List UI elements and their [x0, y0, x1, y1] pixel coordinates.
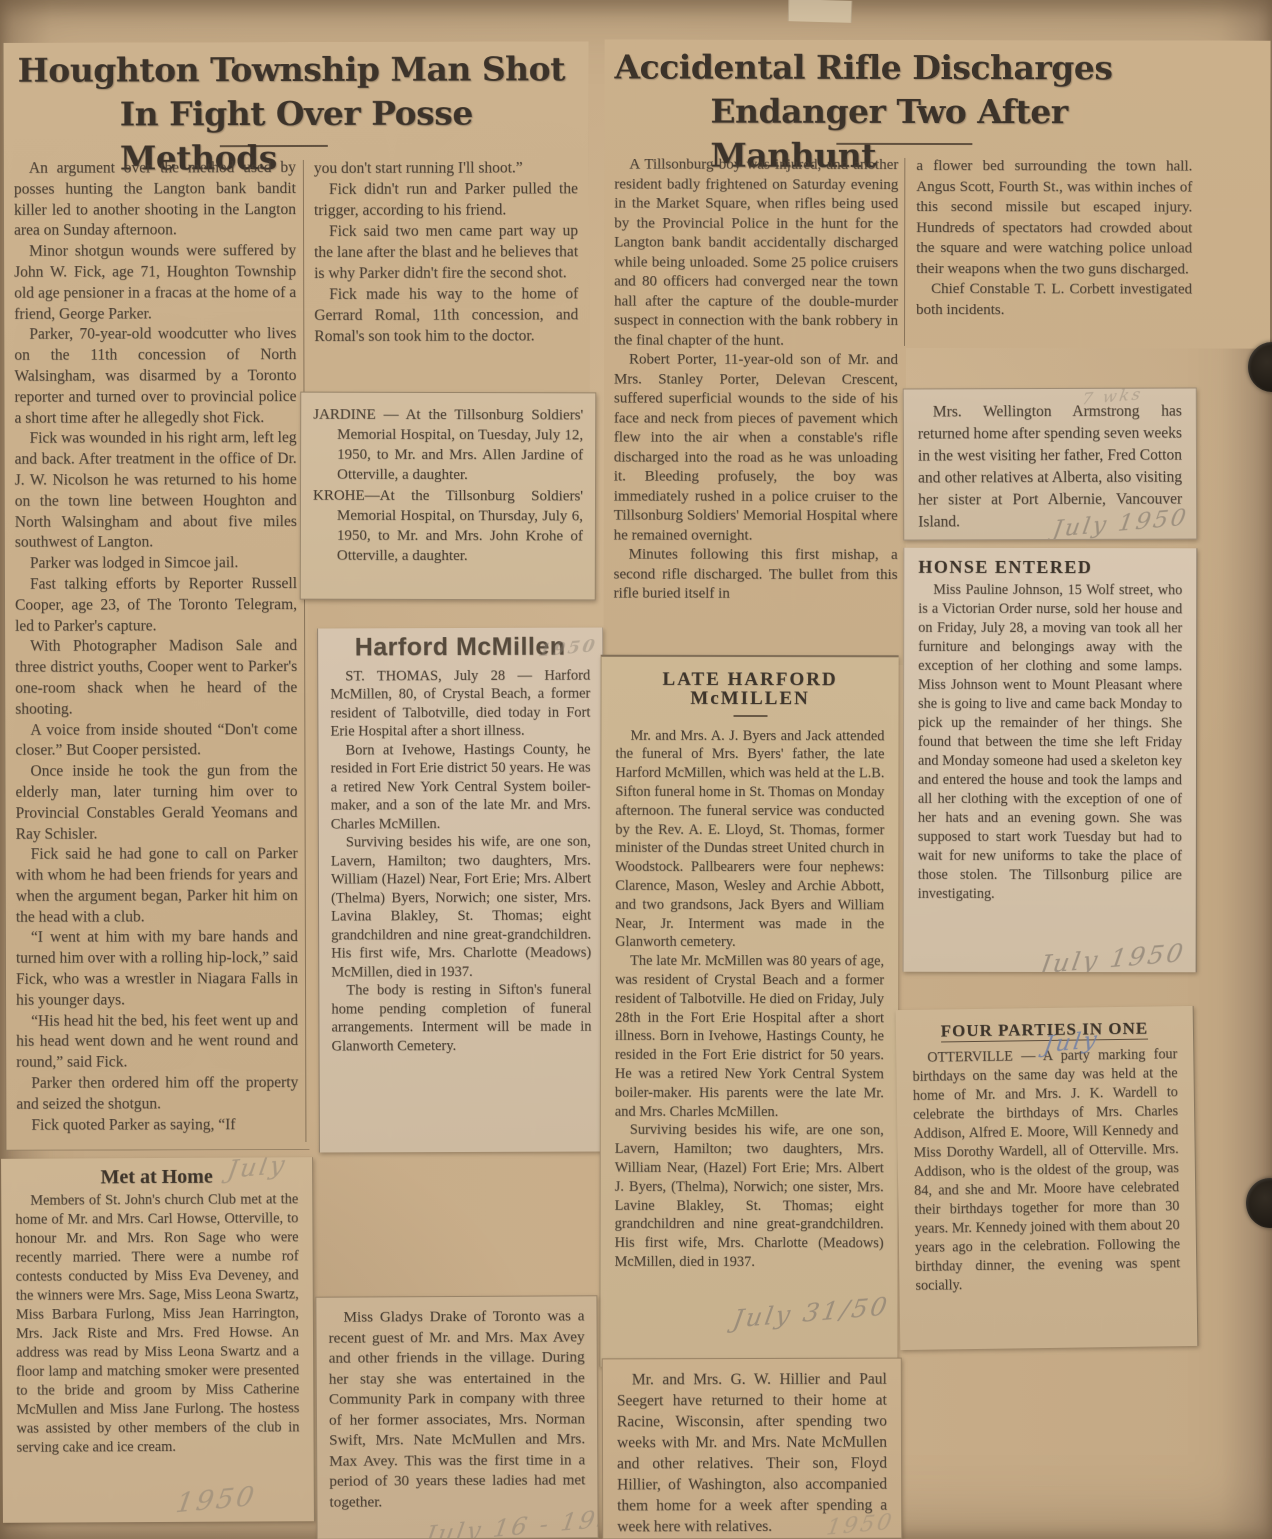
- clipping-birth-notices: JARDINE — At the Tillsonburg Soldiers' M…: [300, 392, 597, 601]
- news-paragraph: Fick quoted Parker as saying, “If: [16, 1115, 298, 1137]
- news-paragraph: “I went at him with my bare hands and tu…: [16, 927, 298, 1011]
- news-paragraph: Mr. and Mrs. G. W. Hillier and Paul Seeg…: [617, 1369, 887, 1538]
- clipping-four-parties-article: FOUR PARTIES IN ONE OTTERVILLE — A party…: [896, 1006, 1199, 1350]
- news-paragraph: An argument over the method used by poss…: [14, 158, 296, 242]
- clipping-met-at-home-article: Met at Home July Members of St. John's c…: [1, 1157, 315, 1523]
- news-paragraph: Parker was lodged in Simcoe jail.: [15, 553, 297, 575]
- clipping-house-entered-article: HONSE ENTERED Miss Pauline Johnson, 15 W…: [903, 548, 1198, 973]
- news-paragraph: Robert Porter, 11-year-old son of Mr. an…: [614, 350, 898, 545]
- news-paragraph: Fast talking efforts by Reporter Russell…: [15, 574, 297, 637]
- news-paragraph: Fick was wounded in his right arm, left …: [15, 428, 297, 554]
- accidental-column-2: a flower bed surrounding the town hall. …: [916, 156, 1192, 320]
- news-paragraph: Once inside he took the gun from the eld…: [15, 761, 297, 845]
- news-paragraph: A voice from inside shouted “Don't come …: [15, 720, 297, 762]
- houghton-column-2: you don't start running I'll shoot.” Fic…: [314, 157, 578, 347]
- headline-rule: [220, 145, 328, 147]
- news-paragraph: Parker, 70-year-old woodcutter who lives…: [14, 324, 296, 429]
- binder-hole-top: [1248, 342, 1272, 392]
- accidental-headline-line1: Accidental Rifle Discharges: [614, 45, 1210, 90]
- headline-dash: [733, 715, 767, 717]
- news-paragraph: Fick made his way to the home of Gerrard…: [314, 283, 578, 347]
- news-paragraph: you don't start running I'll shoot.”: [314, 157, 578, 179]
- handwritten-date: 1950: [825, 1512, 895, 1539]
- clipping-mcmillen-obituary: Harford McMillen 1950 ST. THOMAS, July 2…: [317, 628, 605, 1153]
- news-paragraph: The body is resting in Sifton's funeral …: [331, 981, 591, 1056]
- news-paragraph: Fick didn't run and Parker pulled the tr…: [314, 178, 578, 221]
- news-paragraph: With Photographer Madison Sale and three…: [15, 636, 297, 720]
- news-paragraph: Miss Pauline Johnson, 15 Wolf street, wh…: [918, 581, 1183, 904]
- clipping-hillier-note: Mr. and Mrs. G. W. Hillier and Paul Seeg…: [602, 1358, 902, 1539]
- clipping-gladys-drake-note: Miss Gladys Drake of Toronto was a recen…: [315, 1295, 598, 1539]
- handwritten-date: July: [226, 1157, 288, 1179]
- birth-notice-krohe: KROHE—At the Tillsonburg Soldiers' Memor…: [313, 486, 583, 567]
- tape-strip: [788, 0, 853, 23]
- news-paragraph: Miss Gladys Drake of Toronto was a recen…: [328, 1306, 585, 1512]
- clipping-armstrong-social-note: 7 wks Mrs. Wellington Armstrong has retu…: [903, 387, 1198, 540]
- news-paragraph: Parker then ordered him off the property…: [16, 1073, 298, 1115]
- handwritten-date: July 1950: [1039, 943, 1187, 972]
- handwritten-date: 1950: [537, 637, 598, 661]
- news-paragraph: Fick said two men came part way up the l…: [314, 220, 578, 284]
- news-paragraph: Mr. and Mrs. A. J. Byers and Jack attend…: [615, 726, 884, 952]
- late-mcmillen-headline: LATE HARFORD McMILLEN: [616, 671, 885, 709]
- news-paragraph: a flower bed surrounding the town hall. …: [916, 156, 1192, 279]
- column-divider: [904, 158, 905, 346]
- house-entered-headline: HONSE ENTERED: [918, 558, 1182, 577]
- binder-hole-bottom: [1246, 1178, 1272, 1228]
- handwritten-date: July 31/50: [731, 1298, 890, 1330]
- news-paragraph: Chief Constable T. L. Corbett investigat…: [916, 279, 1192, 320]
- birth-notice-jardine: JARDINE — At the Tillsonburg Soldiers' M…: [313, 405, 583, 486]
- houghton-headline-line1: Houghton Township Man Shot: [18, 47, 583, 92]
- news-paragraph: Minutes following this first mishap, a s…: [614, 545, 898, 604]
- scrapbook-page: Houghton Township Man Shot In Fight Over…: [0, 0, 1272, 1539]
- news-paragraph: A Tillsonburg boy was injured, and anoth…: [614, 155, 898, 350]
- news-paragraph: ST. THOMAS, July 28 — Harford McMillen, …: [330, 666, 590, 741]
- news-paragraph: “His head hit the bed, his feet went up …: [16, 1011, 298, 1074]
- clipping-late-mcmillen-article: LATE HARFORD McMILLEN Mr. and Mrs. A. J.…: [599, 655, 898, 1368]
- handwritten-date: July: [1042, 1031, 1100, 1055]
- news-paragraph: OTTERVILLE — A party marking four birthd…: [912, 1045, 1180, 1296]
- news-paragraph: Born at Ivehowe, Hastings County, he res…: [330, 740, 590, 833]
- news-paragraph: Surviving besides his wife, are one son,…: [331, 833, 592, 982]
- handwritten-date: 1950: [175, 1487, 258, 1513]
- news-paragraph: The late Mr. McMillen was 80 years of ag…: [615, 952, 884, 1122]
- houghton-column-1: An argument over the method used by poss…: [14, 158, 299, 1136]
- obituary-headline: Harford McMillen 1950: [330, 638, 590, 657]
- column-divider: [303, 160, 307, 1142]
- news-paragraph: Members of St. John's church Club met at…: [15, 1190, 299, 1457]
- headline-rule: [836, 143, 972, 145]
- news-paragraph: Fick said he had gone to call on Parker …: [16, 844, 298, 928]
- news-paragraph: Minor shotgun wounds were suffered by Jo…: [14, 241, 296, 325]
- accidental-column-1: A Tillsonburg boy was injured, and anoth…: [614, 155, 899, 604]
- news-paragraph: Surviving besides his wife, are one son,…: [615, 1121, 884, 1272]
